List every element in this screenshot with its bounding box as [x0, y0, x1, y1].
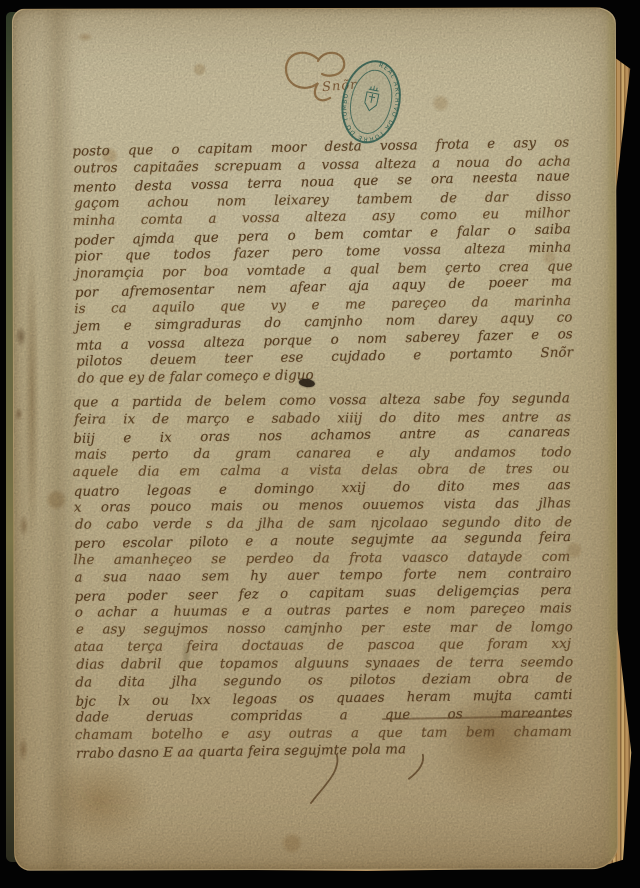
photograph-background: { "photo": { "background_color": "#03030…: [0, 0, 640, 888]
manuscript-line: ataa terça feira doctauas de pascoa que …: [74, 636, 571, 657]
manuscript-line: lhe amanheçeo se perdeo da frota vaasco …: [73, 548, 570, 569]
manuscript-line: dias dabril que topamos alguuns synaaes …: [76, 654, 573, 674]
manuscript-page: Snõr REAL ARCHIVO DA TORRE DO TOMBO post…: [12, 7, 618, 871]
flourish-descenders-icon: [245, 753, 445, 812]
paragraph-1: posto que o capitam moor desta vossa fro…: [72, 135, 573, 389]
manuscript-text: posto que o capitam moor desta vossa fro…: [72, 142, 571, 762]
paragraph-2: que a partida de belem como vossa alteza…: [73, 390, 573, 762]
